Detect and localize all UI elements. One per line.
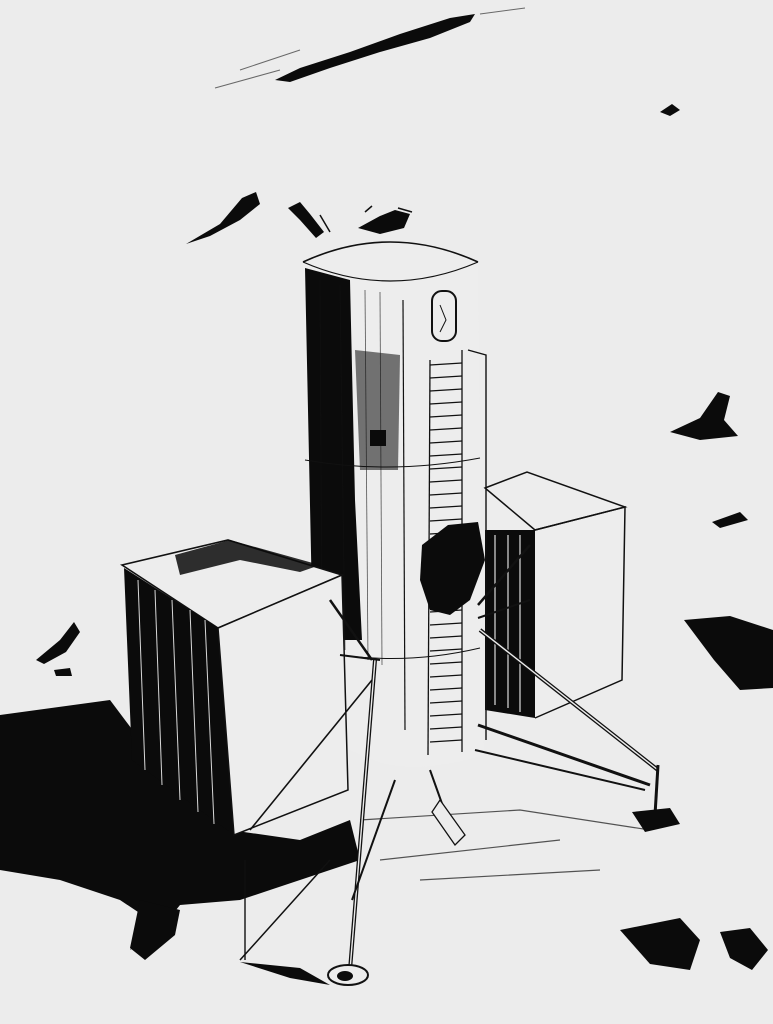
lunar-lander-illustration bbox=[0, 0, 773, 1024]
right-cargo-box bbox=[485, 472, 625, 720]
